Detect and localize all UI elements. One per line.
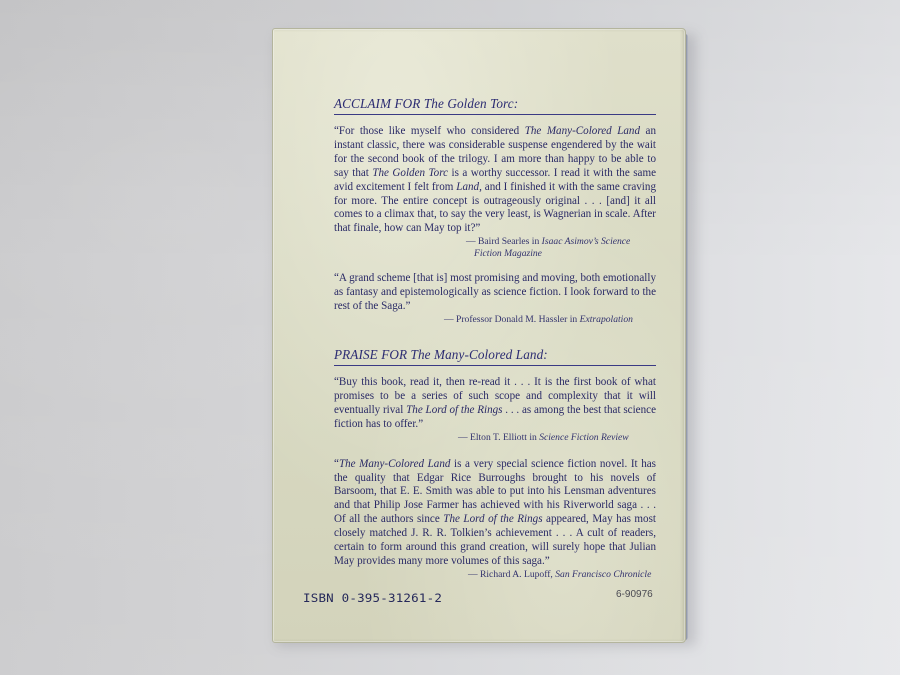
section-heading-praise: PRAISE FOR The Many-Colored Land: [334,346,656,366]
attribution-elliott: — Elton T. Elliott in Science Fiction Re… [334,432,656,444]
quote-elliott: “Buy this book, read it, then re-read it… [334,376,656,432]
book-back-cover: ACCLAIM FOR The Golden Torc: “For those … [272,28,686,643]
quote-searles: “For those like myself who considered Th… [334,125,656,236]
blurb-area: ACCLAIM FOR The Golden Torc: “For those … [334,95,656,581]
heading-title: The Golden Torc: [424,96,518,111]
attribution-searles: — Baird Searles in Isaac Asimov’s Scienc… [334,236,656,260]
heading-prefix: ACCLAIM FOR [334,96,424,111]
catalog-code: 6-90976 [616,589,653,600]
heading-title: The Many-Colored Land: [411,347,548,362]
isbn-number: ISBN 0-395-31261-2 [303,590,442,604]
quote-lupoff: “The Many-Colored Land is a very special… [334,458,656,569]
section-heading-acclaim: ACCLAIM FOR The Golden Torc: [334,95,656,115]
attribution-hassler: — Professor Donald M. Hassler in Extrapo… [334,314,656,326]
quote-hassler: “A grand scheme [that is] most promising… [334,272,656,314]
heading-prefix: PRAISE FOR [334,347,411,362]
attribution-lupoff: — Richard A. Lupoff, San Francisco Chron… [334,569,656,581]
